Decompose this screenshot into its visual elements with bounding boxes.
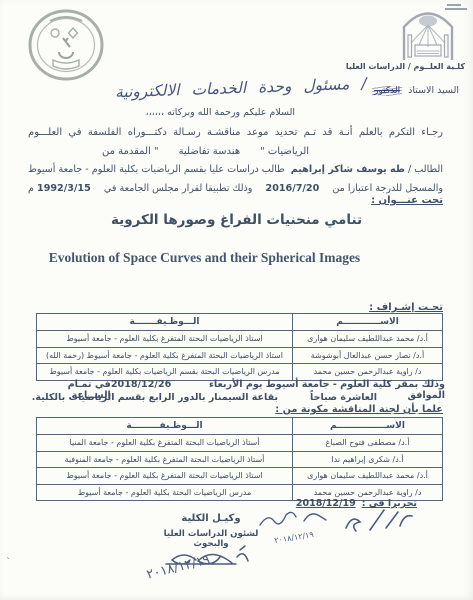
position-cell: استاذ الرياضيات البحتة المتفرغ بكلية الع… xyxy=(37,468,293,485)
student-name: طه يوسف شاكر إبراهيم xyxy=(291,164,405,175)
assiut-university-emblem-icon xyxy=(397,5,459,65)
scan-artifact-mark: ` xyxy=(6,557,11,568)
scanned-letter-page: كلـية العلــوم / الدراسات العليا السيد ا… xyxy=(0,0,473,600)
intro-line-1: رجـاء التكرم بالعلم أنـة قد تـم تحديد مو… xyxy=(28,124,443,143)
signature-right xyxy=(338,504,418,540)
name-cell: أ.د/ نصار حسن عبدالعال أبوشوشة xyxy=(293,347,443,364)
department-line: كلـية العلــوم / الدراسات العليا xyxy=(346,62,465,71)
name-cell: أ.د/ شكرى إبراهيم ندا xyxy=(293,451,443,468)
table-header-row: الاســــــــــــــــم الـــوظـيفــــــــ… xyxy=(37,418,443,435)
intro-line-2: الرياضيات " هندسة تفاضلية " المقدمة من xyxy=(28,143,383,162)
name-cell: أ.د/ محمد عبداللطيف سليمان هوارى xyxy=(293,331,443,348)
intro-line-3: الطالب / طه يوسف شاكر إبراهيم طالب دراسا… xyxy=(28,161,443,180)
table-row: أ.د/ محمد عبداللطيف سليمان هوارى استاذ ا… xyxy=(37,331,443,348)
position-cell: مدرس الرياضيات البحتة بكلية العلوم - جام… xyxy=(37,484,293,501)
table-row: أ.د/ مصطفى فتوح الصباغ أستاذ الرياضيات ا… xyxy=(37,435,443,452)
position-cell: استاذ الرياضيات البحتة المتفرغ بكلية الع… xyxy=(37,331,293,348)
hijri-suffix: م xyxy=(28,183,34,194)
venue-room: بقاعة السيمنار بالدور الرابع بقسم الرياض… xyxy=(32,392,278,403)
specialty-suffix: " المقدمة من xyxy=(102,143,159,162)
table-row: أ.د/ شكرى إبراهيم ندا أستاذ الرياضيات ال… xyxy=(37,451,443,468)
name-cell: أ.د/ مصطفى فتوح الصباغ xyxy=(293,435,443,452)
committee-label: علما بأن لجنة المناقشة مكونة من : xyxy=(275,404,443,415)
specialty-name: هندسة تفاضلية xyxy=(179,143,241,162)
table-row: أ.د/ نصار حسن عبدالعال أبوشوشة استاذ الر… xyxy=(37,347,443,364)
name-cell: أ.د/ محمد عبداللطيف سليمان هوارى xyxy=(293,468,443,485)
english-thesis-title: Evolution of Space Curves and their Sphe… xyxy=(0,250,409,266)
name-header: الاســــــــــــم xyxy=(293,314,443,331)
table-row: أ.د/ محمد عبداللطيف سليمان هوارى استاذ ا… xyxy=(37,468,443,485)
addressee-line: السيد الاستاذ الدكتور / مسئول وحدة الخدم… xyxy=(9,79,459,97)
position-header: الـــوظـيفـــــــة xyxy=(37,314,293,331)
position-cell: أستاذ الرياضيات البحتة المتفرغ بكلية الع… xyxy=(37,451,293,468)
registration-date: 2016/7/20 xyxy=(266,180,320,199)
name-header: الاســــــــــــــــم xyxy=(293,418,443,435)
table-header-row: الاســــــــــــم الـــوظـيفـــــــة xyxy=(37,314,443,331)
position-cell: أستاذ الرياضيات البحتة المتفرغ بكلية الع… xyxy=(37,435,293,452)
student-description: طالب دراسات عليا بقسم الرياضيات بكلية ال… xyxy=(28,161,285,180)
student-label: الطالب / xyxy=(408,164,443,175)
greeting-line: السلام عليكم ورحمة الله وبركاته ،،،،،، xyxy=(146,107,295,118)
addressee-printed: السيد الاستاذ xyxy=(408,85,459,96)
struck-word: الدكتور xyxy=(372,86,402,96)
committee-table: الاســــــــــــــــم الـــوظـيفــــــــ… xyxy=(36,417,443,501)
registration-text-b: وذلك تطبيقا لقرار مجلس الجامعة في xyxy=(104,180,253,199)
title-section-label: تحت عنـــوان : xyxy=(371,195,443,206)
venue-time: العاشرة صباحاً xyxy=(310,392,377,403)
position-header: الـــوظـيفـــــــــة xyxy=(37,418,293,435)
arabic-thesis-title: تنامي منحنيات الفراغ وصورها الكروية xyxy=(0,212,473,228)
addressee-handwritten: / مسئول وحدة الخدمات الالكترونية xyxy=(114,75,366,102)
intro-paragraph: رجـاء التكرم بالعلم أنـة قد تـم تحديد مو… xyxy=(28,124,443,198)
student-label-and-name: الطالب / طه يوسف شاكر إبراهيم xyxy=(291,161,443,180)
supervision-table: الاســــــــــــم الـــوظـيفـــــــة أ.د… xyxy=(36,313,443,381)
venue-line-2: العاشرة صباحاً بقاعة السيمنار بالدور الر… xyxy=(32,392,377,403)
specialty-prefix: الرياضيات " xyxy=(260,143,309,162)
position-cell: استاذ الرياضيات البحتة المتفرغ بكلية الع… xyxy=(37,347,293,364)
vice-dean-title: وكيـل الكلية xyxy=(145,513,277,524)
council-date: 1992/3/15 xyxy=(37,183,91,194)
position-cell: مدرس الرياضيات البحتة بقسم الرياضيات بكل… xyxy=(37,364,293,381)
supervision-label: تحـت إشـراف : xyxy=(369,302,443,313)
table-row: د/ راوية عبدالرحمن حسين محمد مدرس الرياض… xyxy=(37,364,443,381)
name-cell: د/ راوية عبدالرحمن حسين محمد xyxy=(293,364,443,381)
council-date-group: 1992/3/15 م xyxy=(28,180,91,199)
faculty-of-science-seal-icon xyxy=(26,8,106,86)
